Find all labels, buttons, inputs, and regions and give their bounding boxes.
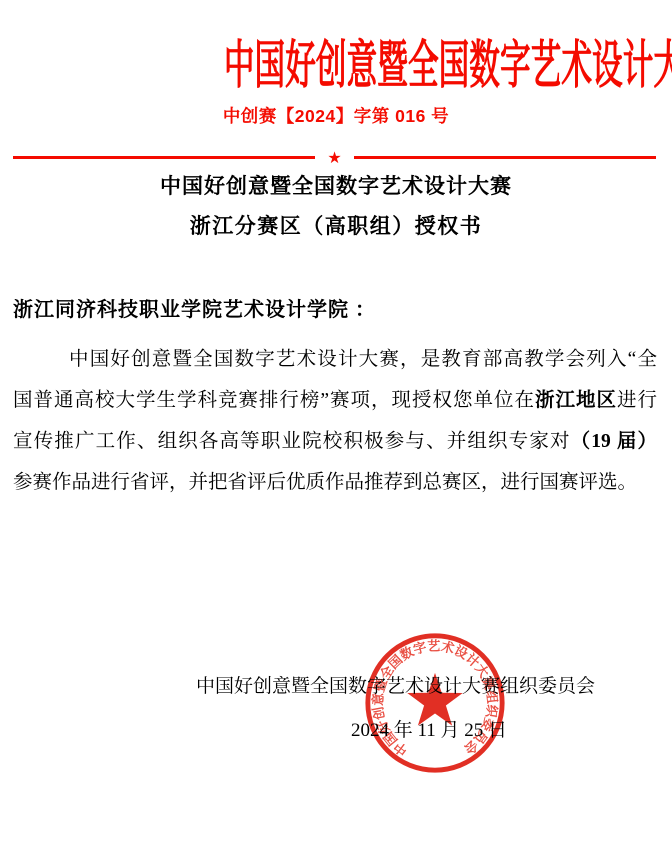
- paragraph-bold-text: （19 届）: [571, 431, 657, 452]
- paragraph-line: 国普通高校大学生学科竞赛排行榜”赛项，现授权您单位在浙江地区进行: [13, 380, 657, 421]
- letterhead-org-title: 中国好创意暨全国数字艺术设计大赛组织委员会: [0, 36, 672, 98]
- paragraph-text: 进行: [617, 390, 657, 411]
- divider-line-right: [354, 156, 656, 159]
- document-title-line2: 浙江分赛区（高职组）授权书: [0, 212, 672, 240]
- addressee: 浙江同济科技职业学院艺术设计学院 ：: [13, 297, 376, 323]
- star-icon: ★: [327, 150, 341, 165]
- paragraph-bold-text: 浙江地区: [535, 390, 617, 411]
- letterhead-divider: ★: [13, 150, 656, 165]
- paragraph-text: 中国好创意暨全国数字艺术设计大赛，是教育部高教学会列入“全: [69, 349, 657, 370]
- divider-line-left: [13, 156, 315, 159]
- letterhead-org-title-text: 中国好创意暨全国数字艺术设计大赛组织委员会: [224, 36, 672, 98]
- paragraph-text: 国普通高校大学生学科竞赛排行榜”赛项，现授权您单位在: [13, 390, 535, 411]
- paragraph-line: 宣传推广工作、组织各高等职业院校积极参与、并组织专家对（19 届）: [13, 421, 657, 462]
- seal-star-icon: [407, 673, 462, 726]
- paragraph-text: 宣传推广工作、组织各高等职业院校积极参与、并组织专家对: [13, 431, 571, 452]
- document-title-line1: 中国好创意暨全国数字艺术设计大赛: [0, 172, 672, 200]
- paragraph-text: 参赛作品进行省评，并把省评后优质作品推荐到总赛区，进行国赛评选。: [13, 472, 637, 493]
- official-seal: 中国好创意暨全国数字艺术设计大赛组织委员会: [362, 630, 508, 776]
- paragraph-line: 中国好创意暨全国数字艺术设计大赛，是教育部高教学会列入“全: [13, 339, 657, 380]
- body-paragraph: 中国好创意暨全国数字艺术设计大赛，是教育部高教学会列入“全国普通高校大学生学科竞…: [13, 339, 657, 503]
- document-page: 中国好创意暨全国数字艺术设计大赛组织委员会 中创赛【2024】字第 016 号 …: [0, 0, 672, 844]
- paragraph-line: 参赛作品进行省评，并把省评后优质作品推荐到总赛区，进行国赛评选。: [13, 462, 657, 503]
- document-number: 中创赛【2024】字第 016 号: [0, 104, 672, 128]
